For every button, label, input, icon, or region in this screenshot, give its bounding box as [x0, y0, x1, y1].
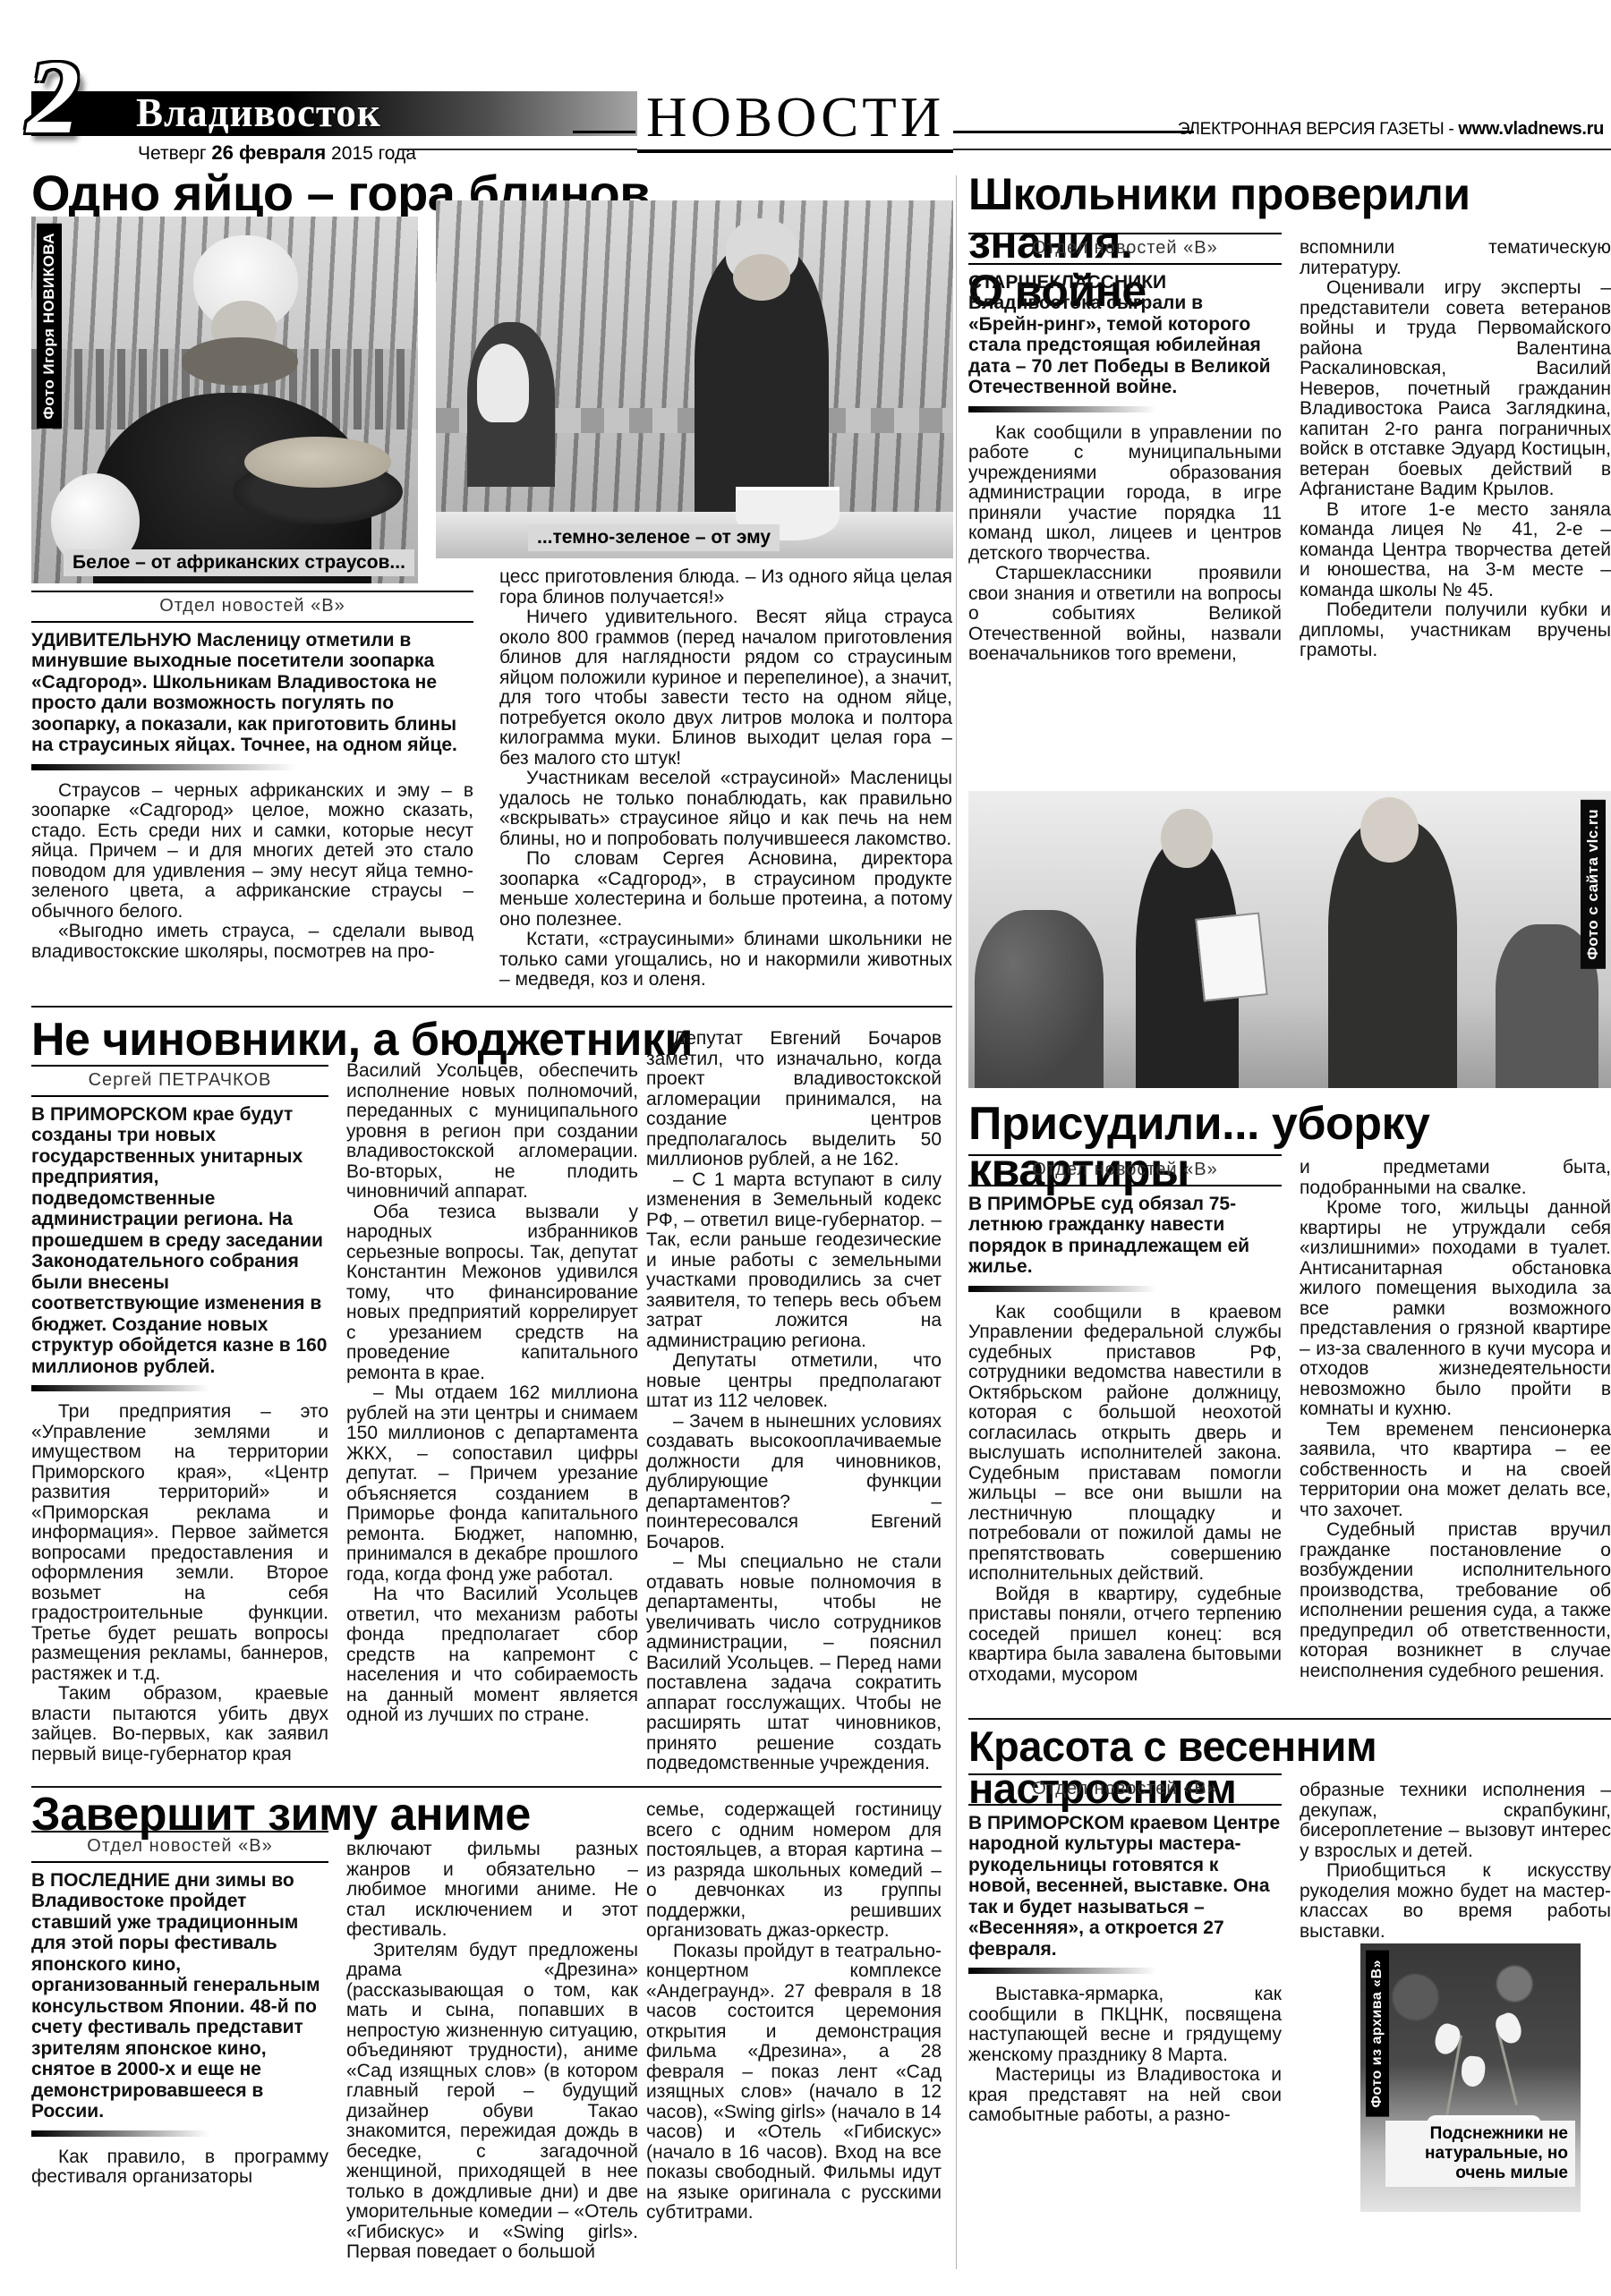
article-paragraph: Как сообщили в краевом Управлении федера… — [968, 1303, 1282, 1585]
eggs-column-1: Отдел новостей «В» УДИВИТЕЛЬНУЮ Маслениц… — [31, 591, 473, 962]
article-paragraph: Участникам веселой «страусиной» Маслениц… — [499, 769, 952, 849]
article-paragraph: и предметами быта, подобранными на свалк… — [1300, 1158, 1611, 1198]
face-shape — [1360, 797, 1419, 863]
photo-caption: Белое – от африканских страусов... — [64, 549, 414, 576]
lede-rule — [968, 406, 1156, 412]
byline: Отдел новостей «В» — [968, 1773, 1282, 1806]
article-paragraph: Приобщиться к искусству рукоделия можно … — [1300, 1861, 1611, 1942]
article-paragraph: – С 1 марта вступают в силу изменения в … — [646, 1170, 942, 1352]
article-lede: СТАРШЕКЛАССНИКИ Владивостока сыграли в «… — [968, 272, 1282, 398]
photo-credit: Фото Игоря НОВИКОВА — [37, 224, 62, 429]
date-year: 2015 года — [331, 143, 416, 164]
photo-pancake-making: ...темно-зеленое – от эму — [436, 200, 953, 558]
lede-rule — [31, 2130, 209, 2137]
article-paragraph: Судебный пристав вручил гражданке постан… — [1300, 1520, 1611, 1681]
article-paragraph: – Зачем в нынешних условиях создавать вы… — [646, 1412, 942, 1553]
photo-credit: Фото из архива «В» — [1366, 1951, 1389, 2117]
article-paragraph: Кстати, «страусиными» блинами школьники … — [499, 930, 952, 991]
child-shape — [477, 344, 529, 422]
date-date: 26 февраля — [211, 141, 326, 164]
article-paragraph: Три предприятия – это «Управление землям… — [31, 1402, 328, 1684]
article-paragraph: На что Василий Усольцев ответил, что мех… — [346, 1585, 638, 1726]
article-paragraph: Как правило, в программу фестиваля орган… — [31, 2147, 328, 2188]
article-paragraph: Выставка-ярмарка, как сообщили в ПКЦНК, … — [968, 1985, 1282, 2065]
newspaper-page: { "header": { "page_number": "2", "masth… — [0, 0, 1611, 2296]
article-paragraph: Зрителям будут предложены драма «Дрезина… — [346, 1941, 638, 2263]
dateline: Четверг 26 февраля 2015 года — [138, 141, 416, 165]
article-lede: В ПРИМОРСКОМ крае будут созданы три новы… — [31, 1104, 328, 1378]
article-paragraph: вспомнили тематическую литературу. — [1300, 238, 1611, 278]
photo-snowdrops: Фото из архива «В» Подснежники не натура… — [1360, 1943, 1581, 2212]
diploma-shape — [1196, 913, 1268, 1002]
article-paragraph: Оценивали игру эксперты – представители … — [1300, 278, 1611, 500]
article-paragraph: Мастерицы из Владивостока и края предста… — [968, 2065, 1282, 2126]
photo-credit: Фото с сайта vlc.ru — [1581, 800, 1606, 969]
article-paragraph: – Мы отдаем 162 миллиона рублей на эти ц… — [346, 1383, 638, 1585]
budget-column-3: Депутат Евгений Бочаров заметил, что изн… — [646, 1029, 942, 1774]
anime-column-1: Отдел новостей «В» В ПОСЛЕДНИЕ дни зимы … — [31, 1831, 328, 2188]
article-paragraph: Страусов – черных африканских и эму – в … — [31, 781, 473, 923]
spring-column-1: Отдел новостей «В» В ПРИМОРСКОМ краевом … — [968, 1773, 1282, 2126]
crowd-shape — [975, 910, 1104, 1088]
article-paragraph: включают фильмы разных жанров и обязател… — [346, 1840, 638, 1941]
article-paragraph: цесс приготовления блюда. – Из одного яй… — [499, 567, 952, 608]
article-paragraph: Кроме того, жильцы данной квартиры не ут… — [1300, 1198, 1611, 1420]
section-rule-left — [573, 131, 635, 133]
lede-rule — [31, 764, 296, 770]
article-paragraph: Старшеклассники проявили свои знания и о… — [968, 564, 1282, 665]
photo-caption: ...темно-зеленое – от эму — [528, 524, 780, 551]
byline: Отдел новостей «В» — [968, 1154, 1282, 1186]
article-paragraph: Войдя в квартиру, судебные приставы поня… — [968, 1585, 1282, 1686]
article-paragraph: Депутат Евгений Бочаров заметил, что изн… — [646, 1029, 942, 1170]
article-paragraph: Депутаты отметили, что новые центры пред… — [646, 1351, 942, 1412]
article-lede: В ПРИМОРСКОМ краевом Центре народной кул… — [968, 1813, 1282, 1960]
face-shape — [733, 254, 790, 301]
byline-author: Сергей ПЕТРАЧКОВ — [31, 1065, 328, 1097]
article-paragraph: «Выгодно иметь страуса, – сделали вывод … — [31, 922, 473, 962]
budget-column-2: Василий Усольцев, обеспечить исполнение … — [346, 1061, 638, 1726]
lede-rule — [968, 1286, 1156, 1292]
masthead-title: Владивосток — [136, 93, 381, 133]
article-paragraph: Ничего удивительного. Весят яйца страуса… — [499, 608, 952, 769]
spring-column-2: образные техники исполнения – декупаж, с… — [1300, 1781, 1611, 1942]
edition-note: ЭЛЕКТРОННАЯ ВЕРСИЯ ГАЗЕТЫ - www.vladnews… — [1110, 119, 1604, 140]
article-paragraph: – Мы специально не стали отдавать новые … — [646, 1552, 942, 1774]
article-paragraph: семье, содержащей гостиницу всего с одни… — [646, 1800, 942, 1942]
photo-caption: Подснежники не натуральные, но очень мил… — [1385, 2121, 1575, 2187]
article-lede: УДИВИТЕЛЬНУЮ Масленицу отметили в минувш… — [31, 630, 473, 756]
war-column-1: Отдел новостей «В» СТАРШЕКЛАССНИКИ Влади… — [968, 233, 1282, 665]
face-shape — [1161, 809, 1212, 868]
scarf-shape — [182, 337, 298, 385]
budget-column-1: Сергей ПЕТРАЧКОВ В ПРИМОРСКОМ крае будут… — [31, 1065, 328, 1765]
article-pa ragraph: Победители получили кубки и дипломы, уча… — [1300, 600, 1611, 661]
article-paragraph: По словам Сергея Асновина, директора зоо… — [499, 849, 952, 930]
lede-rule — [968, 1968, 1156, 1974]
photo-woman-with-egg: Фото Игоря НОВИКОВА Белое – от африканск… — [31, 217, 418, 583]
pancakes-shape — [244, 437, 391, 488]
article-paragraph: Как сообщили в управлении по работе с му… — [968, 423, 1282, 565]
article-separator — [31, 1786, 942, 1788]
article-lede: В ПРИМОРЬЕ суд обязал 75-летнюю гражданк… — [968, 1194, 1282, 1278]
article-separator — [968, 1718, 1611, 1720]
page-number: 2 — [27, 45, 80, 150]
byline: Отдел новостей «В» — [31, 1831, 328, 1863]
lede-rule — [31, 1385, 209, 1391]
photo-award-ceremony: Фото с сайта vlc.ru — [968, 791, 1611, 1088]
court-column-1: Отдел новостей «В» В ПРИМОРЬЕ суд обязал… — [968, 1154, 1282, 1685]
header-hairline — [398, 149, 1611, 150]
eggs-column-2: цесс приготовления блюда. – Из одного яй… — [499, 567, 952, 991]
byline: Отдел новостей «В» — [31, 591, 473, 623]
date-day: Четверг — [138, 143, 207, 164]
article-paragraph: Показы пройдут в театрально-концертном к… — [646, 1942, 942, 2224]
article-lede: В ПОСЛЕДНИЕ дни зимы во Владивостоке про… — [31, 1870, 328, 2122]
column-divider — [956, 175, 957, 2269]
anime-column-3: семье, содержащей гостиницу всего с одни… — [646, 1800, 942, 2224]
anime-column-2: включают фильмы разных жанров и обязател… — [346, 1840, 638, 2263]
article-separator — [31, 1006, 952, 1008]
article-paragraph: Оба тезиса вызвали у народных избраннико… — [346, 1203, 638, 1384]
article-paragraph: В итоге 1-е место заняла команда лицея №… — [1300, 500, 1611, 601]
article-paragraph: Василий Усольцев, обеспечить исполнение … — [346, 1061, 638, 1203]
court-column-2: и предметами быта, подобранными на свалк… — [1300, 1158, 1611, 1681]
edition-url: www.vladnews.ru — [1458, 119, 1604, 139]
byline: Отдел новостей «В» — [968, 233, 1282, 265]
war-column-2: вспомнили тематическую литературу. Оцени… — [1300, 238, 1611, 661]
article-paragraph: образные техники исполнения – декупаж, с… — [1300, 1781, 1611, 1861]
article-paragraph: Тем временем пенсионерка заявила, что кв… — [1300, 1420, 1611, 1521]
section-title: НОВОСТИ — [637, 89, 953, 153]
article-paragraph: Таким образом, краевые власти пытаются у… — [31, 1684, 328, 1765]
edition-label: ЭЛЕКТРОННАЯ ВЕРСИЯ ГАЗЕТЫ - — [1178, 120, 1454, 139]
